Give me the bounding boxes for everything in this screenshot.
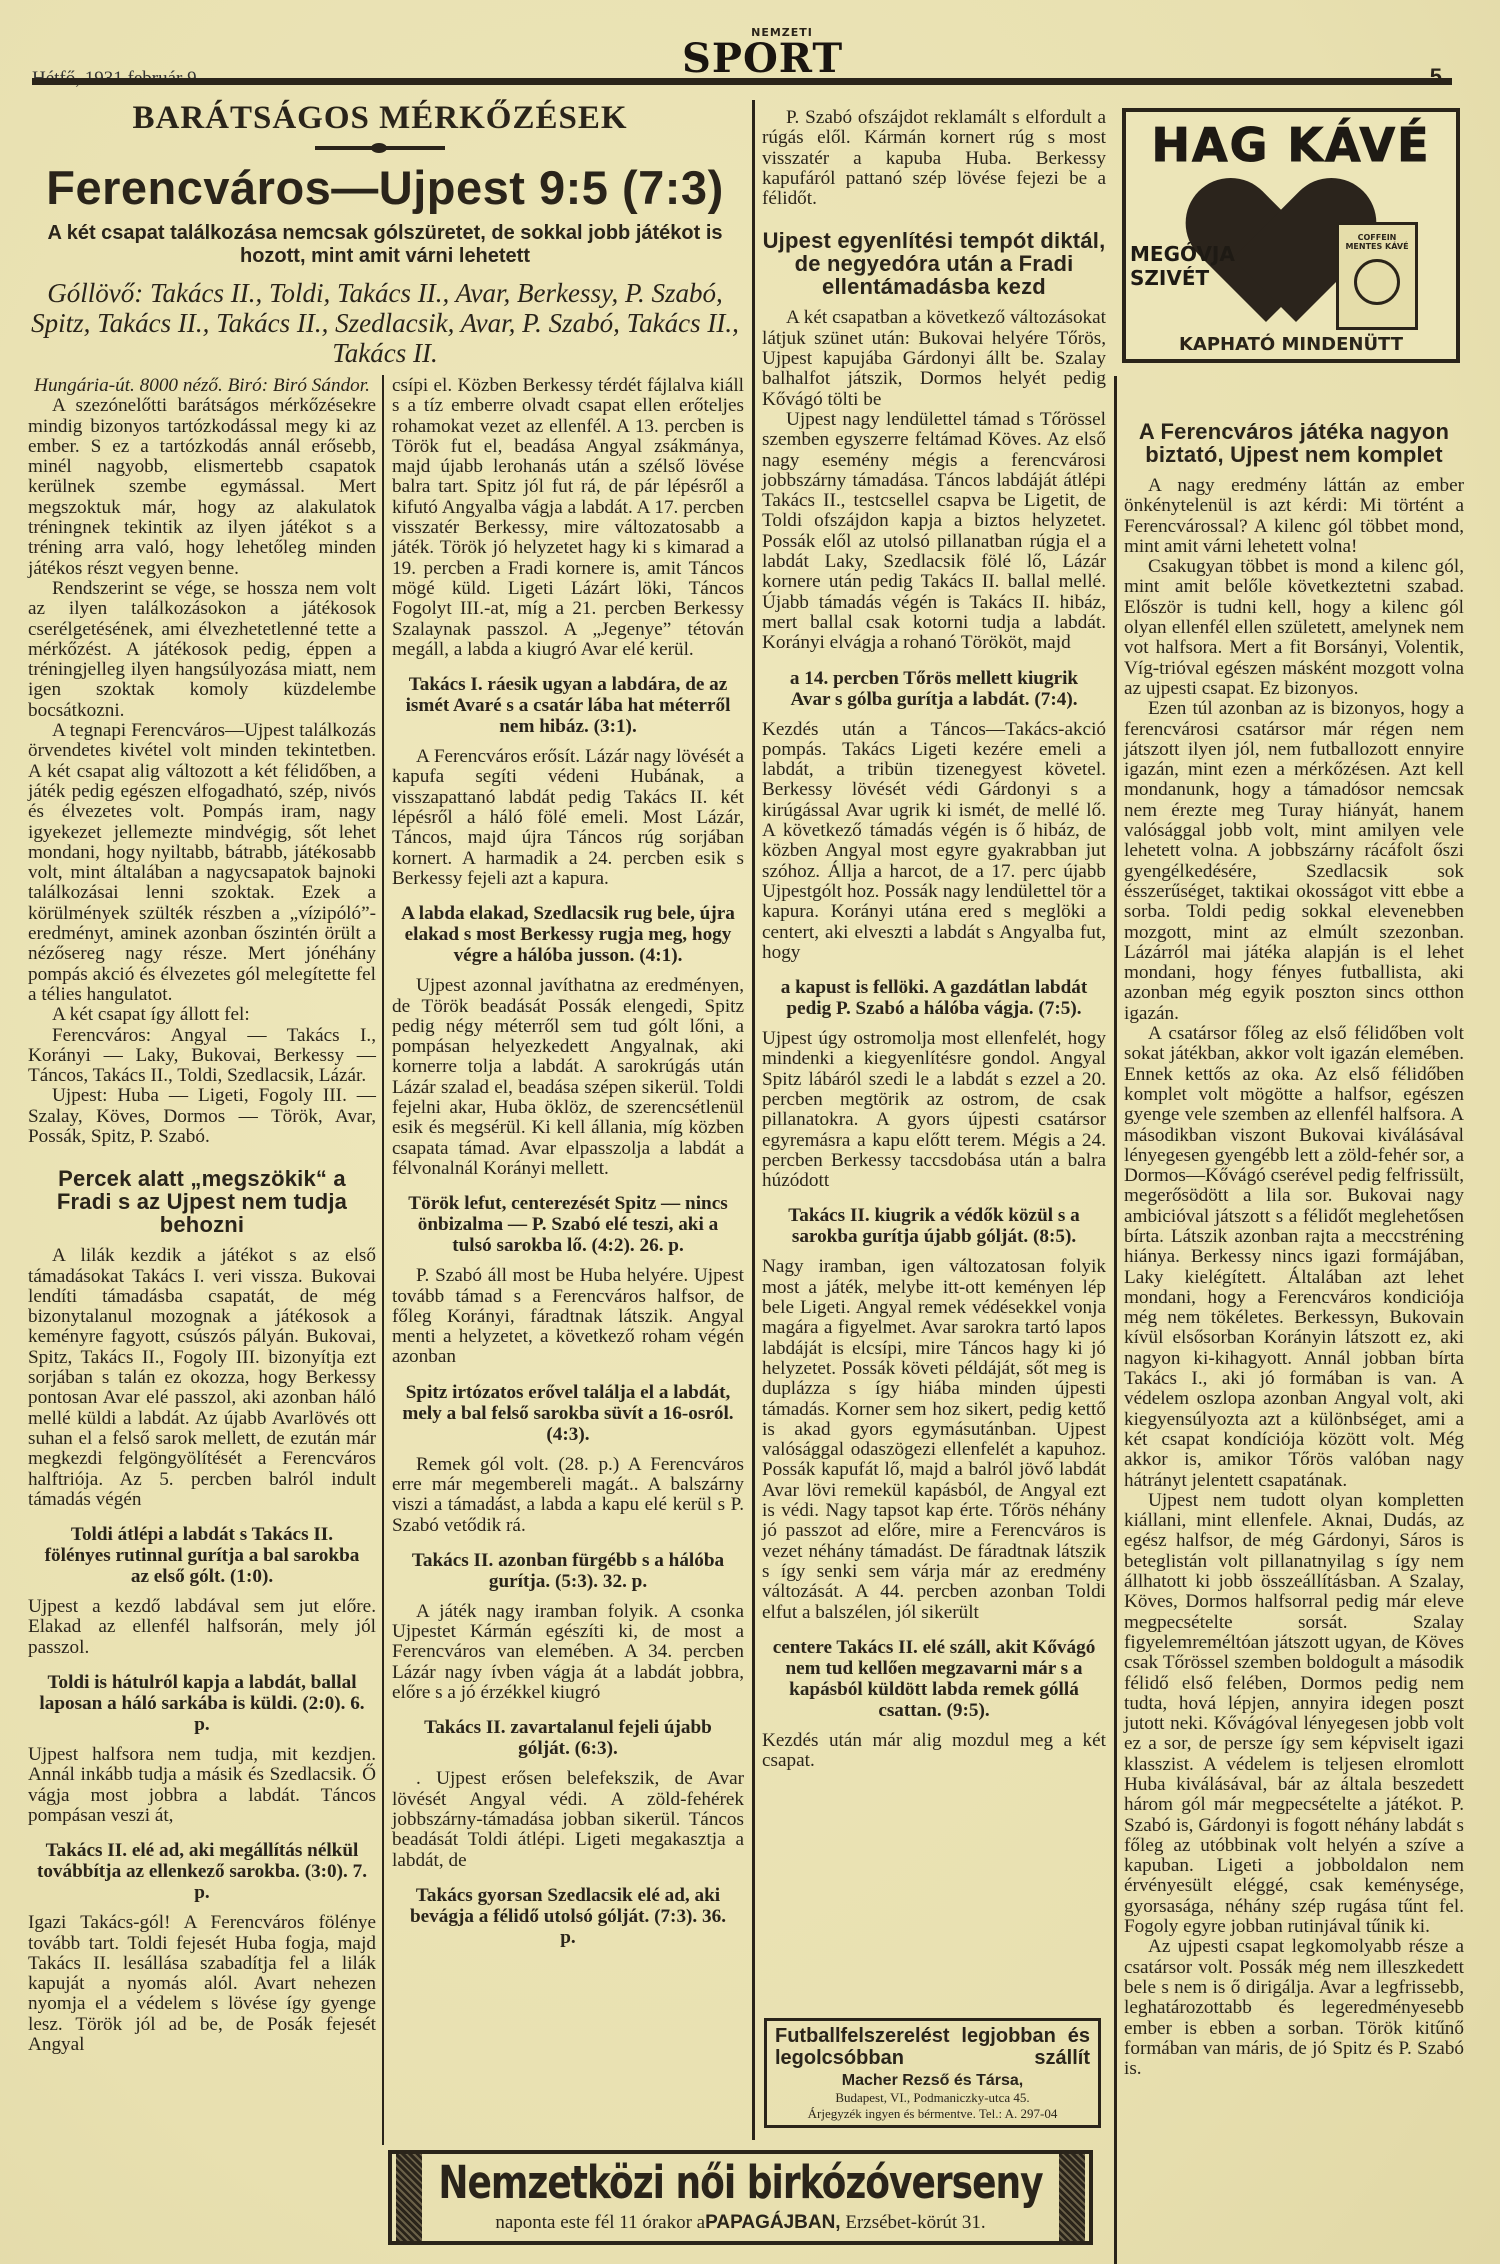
article-paragraph: A lilák kezdik a játékot s az első támad… (28, 1246, 376, 1510)
goal-subhead: Takács I. ráesik ugyan a labdára, de az … (400, 674, 736, 737)
article-headline: Ferencváros—Ujpest 9:5 (7:3) (22, 160, 748, 215)
column-4: A Ferencváros játéka nagyon biztató, Ujp… (1124, 400, 1464, 2079)
article-paragraph: Ujpest azonnal javíthatna az eredményen,… (392, 976, 744, 1179)
slogan-line-1: MEGÓVJA (1130, 242, 1235, 266)
goal-subhead: Takács II. elé ad, aki megállítás nélkül… (36, 1840, 368, 1903)
article-paragraph: Igazi Takács-gól! A Ferencváros fölénye … (28, 1913, 376, 2055)
section-subheadline: Percek alatt „megszökik“ a Fradi s az Uj… (28, 1167, 376, 1236)
wrestling-venue: PAPAGÁJBAN, (705, 2212, 840, 2233)
goal-scorers: Góllövő: Takács II., Toldi, Takács II., … (22, 278, 748, 368)
goal-subhead: a 14. percben Tőrös mellett kiugrik Avar… (770, 668, 1098, 710)
article-paragraph: A Ferencváros erősít. Lázár nagy lövését… (392, 747, 744, 889)
gear-ad-headline: Futballfelszerelést legjobban és legolcs… (775, 2025, 1090, 2069)
goal-subhead: a kapust is fellöki. A gazdátlan labdát … (770, 977, 1098, 1019)
article-paragraph: Ujpest a kezdő labdával sem jut előre. E… (28, 1597, 376, 1658)
article-paragraph: A két csapat így állott fel: (28, 1005, 376, 1025)
goal-subhead: Takács II. kiugrik a védők közül s a sar… (770, 1205, 1098, 1247)
article-paragraph: Ezen túl azonban az is bizonyos, hogy a … (1124, 699, 1464, 1024)
gear-ad-address: Budapest, VI., Podmaniczky-utca 45. (775, 2090, 1090, 2106)
article-paragraph: A szezónelőtti barátságos mérkőzésekre m… (28, 396, 376, 579)
column-divider (1114, 376, 1117, 2264)
ornament-divider (315, 146, 445, 150)
goal-subhead: Takács II. azonban fürgébb s a hálóba gu… (400, 1550, 736, 1592)
package-label: COFFEIN MENTES KÁVÉ (1339, 233, 1415, 251)
goal-subhead: Takács II. zavartalanul fejeli újabb gól… (400, 1717, 736, 1759)
goal-subhead: Toldi is hátulról kapja a labdát, ballal… (36, 1672, 368, 1735)
coffee-availability: KAPHATÓ MINDENÜTT (1126, 334, 1456, 355)
wrestling-time: naponta este fél 11 órakor a (495, 2212, 705, 2233)
article-paragraph: Ferencváros: Angyal — Takács I., Korányi… (28, 1026, 376, 1087)
logo-title: SPORT (682, 35, 843, 82)
coffee-slogan: MEGÓVJA SZIVÉT (1130, 242, 1235, 290)
football-gear-advertisement: Futballfelszerelést legjobban és legolcs… (764, 2018, 1101, 2128)
goal-subhead: A labda elakad, Szedlacsik rug bele, újr… (400, 903, 736, 966)
goal-subhead: Török lefut, centerezését Spitz — nincs … (400, 1193, 736, 1256)
slogan-line-2: SZIVÉT (1130, 266, 1235, 290)
article-paragraph: Csakugyan többet is mond a kilenc gól, m… (1124, 557, 1464, 699)
section-kicker: BARÁTSÁGOS MÉRKŐZÉSEK (110, 100, 650, 137)
goal-subhead: Toldi átlépi a labdát s Takács II. fölén… (36, 1524, 368, 1587)
article-paragraph: Ujpest úgy ostromolja most ellenfelét, h… (762, 1029, 1106, 1191)
match-venue: Hungária-út. 8000 néző. Biró: Biró Sándo… (28, 376, 376, 396)
newspaper-page: Hétfő, 1931 február 9. NEMZETI SPORT 5 B… (0, 0, 1500, 2264)
coffee-package-icon: COFFEIN MENTES KÁVÉ (1336, 222, 1418, 330)
article-paragraph: Ujpest halfsora nem tudja, mit kezdjen. … (28, 1745, 376, 1826)
article-paragraph: Az ujpesti csapat legkomolyabb része a c… (1124, 1937, 1464, 2079)
article-paragraph: A nagy eredmény láttán az ember önkényte… (1124, 476, 1464, 557)
article-paragraph: Ujpest: Huba — Ligeti, Fogoly III. — Sza… (28, 1086, 376, 1147)
article-paragraph: P. Szabó áll most be Huba helyére. Ujpes… (392, 1266, 744, 1367)
coffee-brand: HAG KÁVÉ (1126, 118, 1456, 172)
article-paragraph: Kezdés után már alig mozdul meg a két cs… (762, 1731, 1106, 1772)
gear-ad-company: Macher Rezső és Társa, (775, 2072, 1090, 2090)
column-1: Hungária-út. 8000 néző. Biró: Biró Sándo… (28, 376, 376, 2055)
gear-ad-footer: Árjegyzék ingyen és bérmentve. Tel.: A. … (775, 2106, 1090, 2122)
column-2: csípi el. Közben Berkessy térdét fájlalv… (392, 376, 744, 1958)
goal-subhead: Takács gyorsan Szedlacsik elé ad, aki be… (400, 1885, 736, 1948)
article-paragraph: Nagy iramban, igen változatosan folyik m… (762, 1257, 1106, 1622)
coffee-advertisement: HAG KÁVÉ COFFEIN MENTES KÁVÉ MEGÓVJA SZI… (1122, 108, 1460, 363)
wrestling-title: Nemzetközi női birkózóverseny (392, 2158, 1089, 2209)
wrestling-details: naponta este fél 11 órakor aPAPAGÁJBAN, … (392, 2212, 1089, 2234)
masthead-rule (32, 78, 1452, 85)
article-paragraph: Rendszerint se vége, se hossza nem volt … (28, 579, 376, 721)
package-logo-ring (1354, 259, 1400, 305)
section-subheadline: Ujpest egyenlítési tempót diktál, de neg… (762, 229, 1106, 298)
column-3: P. Szabó ofszájdot reklamált s elfordult… (762, 108, 1106, 1771)
goal-subhead: centere Takács II. elé száll, akit Kővág… (770, 1637, 1098, 1721)
article-paragraph: P. Szabó ofszájdot reklamált s elfordult… (762, 108, 1106, 209)
article-paragraph: csípi el. Közben Berkessy térdét fájlalv… (392, 376, 744, 660)
article-paragraph: Ujpest nem tudott olyan kompletten kiáll… (1124, 1491, 1464, 1938)
article-paragraph: Kezdés után a Táncos—Takács-akció pompás… (762, 720, 1106, 964)
column-divider (752, 100, 755, 2140)
article-paragraph: Remek gól volt. (28. p.) A Ferencváros e… (392, 1455, 744, 1536)
goal-subhead: Spitz irtózatos erővel találja el a labd… (400, 1382, 736, 1445)
page-number: 5 (1430, 64, 1442, 90)
article-paragraph: A két csapatban a következő változásokat… (762, 308, 1106, 409)
wrestling-address: Erzsébet-körút 31. (841, 2212, 986, 2233)
article-paragraph: A csatársor főleg az első félidőben volt… (1124, 1024, 1464, 1491)
article-deck: A két csapat találkozása nemcsak gólszür… (22, 222, 748, 268)
article-paragraph: A tegnapi Ferencváros—Ujpest találkozás … (28, 721, 376, 1005)
article-paragraph: . Ujpest erősen belefekszik, de Avar löv… (392, 1769, 744, 1870)
article-paragraph: Ujpest nagy lendülettel támad s Tőrössel… (762, 410, 1106, 654)
article-paragraph: A játék nagy iramban folyik. A csonka Uj… (392, 1602, 744, 1703)
column-divider (382, 375, 384, 2145)
wrestling-advertisement: Nemzetközi női birkózóverseny naponta es… (388, 2150, 1093, 2245)
section-subheadline: A Ferencváros játéka nagyon biztató, Ujp… (1124, 420, 1464, 466)
